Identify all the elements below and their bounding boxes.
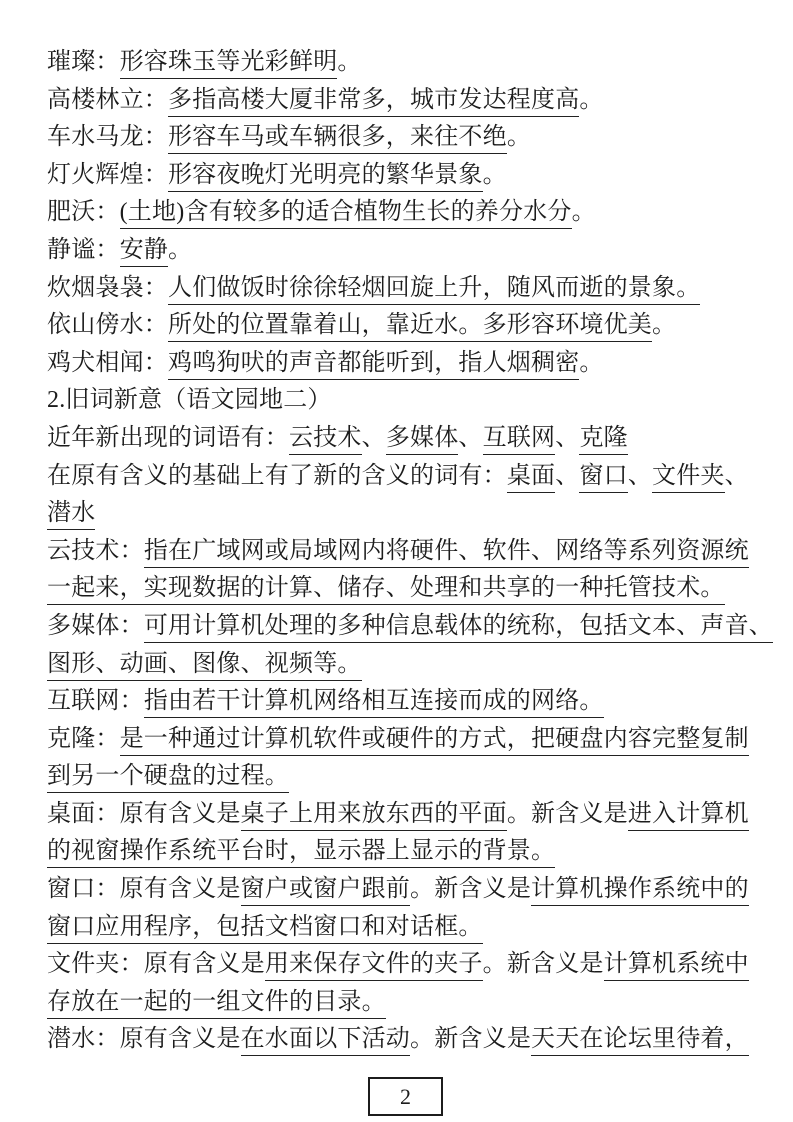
text-line: 灯火辉煌：形容夜晚灯光明亮的繁华景象。: [47, 157, 775, 195]
plain-text: 。: [579, 87, 603, 113]
plain-text: 潜水：原有含义是: [47, 1026, 241, 1052]
plain-text: 桌面：原有含义是: [47, 801, 241, 827]
text-line: 互联网：指由若干计算机网络相互连接而成的网络。: [47, 683, 775, 721]
plain-text: 高楼林立：: [47, 87, 168, 113]
plain-text: 。: [168, 237, 192, 263]
plain-text: 。: [579, 350, 603, 376]
plain-text: 。: [507, 124, 531, 150]
plain-text: 肥沃：: [47, 199, 120, 225]
underlined-text: (土地)含有较多的适合植物生长的养分水分: [120, 199, 572, 229]
plain-text: 互联网：: [47, 688, 144, 714]
underlined-text: 进入计算机: [628, 801, 749, 831]
underlined-text: 指在广域网或局域网内将硬件、软件、网络等系列资源统: [144, 538, 749, 568]
page-number: 2: [400, 1084, 411, 1110]
page-number-box: 2: [368, 1077, 443, 1116]
text-line: 图形、动画、图像、视频等。: [47, 646, 775, 684]
underlined-text: 图形、动画、图像、视频等。: [47, 651, 362, 681]
underlined-text: 计算机操作系统中的: [531, 876, 749, 906]
text-line: 潜水: [47, 495, 775, 533]
plain-text: 近年新出现的词语有：: [47, 425, 289, 451]
underlined-text: 存放在一起的一组文件的目录。: [47, 989, 386, 1019]
underlined-text: 到另一个硬盘的过程。: [47, 763, 289, 793]
text-line: 肥沃：(土地)含有较多的适合植物生长的养分水分。: [47, 194, 775, 232]
text-line: 潜水：原有含义是在水面以下活动。新含义是天天在论坛里待着，: [47, 1021, 775, 1059]
underlined-text: 人们做饭时徐徐轻烟回旋上升，随风而逝的景象。: [168, 275, 700, 305]
plain-text: 、: [555, 425, 579, 451]
plain-text: 、: [555, 463, 579, 489]
underlined-text: 计算机系统中: [604, 951, 749, 981]
text-line: 存放在一起的一组文件的目录。: [47, 984, 775, 1022]
document-text: 璀璨：形容珠玉等光彩鲜明。高楼林立：多指高楼大厦非常多，城市发达程度高。车水马龙…: [47, 44, 775, 1059]
underlined-text: 桌子上用来放东西的平面: [241, 801, 507, 831]
plain-text: 。: [572, 199, 596, 225]
underlined-text: 天天在论坛里待着，: [531, 1026, 749, 1056]
plain-text: 炊烟袅袅：: [47, 275, 168, 301]
text-line: 一起来，实现数据的计算、储存、处理和共享的一种托管技术。: [47, 570, 775, 608]
text-line: 窗口应用程序，包括文档窗口和对话框。: [47, 909, 775, 947]
text-line: 文件夹：原有含义是用来保存文件的夹子。新含义是计算机系统中: [47, 946, 775, 984]
text-line: 在原有含义的基础上有了新的含义的词有：桌面、窗口、文件夹、: [47, 458, 775, 496]
plain-text: 。: [337, 49, 361, 75]
underlined-text: 多媒体: [386, 425, 459, 455]
plain-text: 。新含义是: [507, 801, 628, 827]
underlined-text: 互联网: [483, 425, 556, 455]
plain-text: 2.旧词新意（语文园地二）: [47, 387, 332, 413]
plain-text: 静谧：: [47, 237, 120, 263]
underlined-text: 形容车马或车辆很多，来往不绝: [168, 124, 507, 154]
plain-text: 鸡犬相闻：: [47, 350, 168, 376]
underlined-text: 克隆: [579, 425, 627, 455]
section-heading: 2.旧词新意（语文园地二）: [47, 382, 775, 420]
underlined-text: 鸡鸣狗吠的声音都能听到，指人烟稠密: [168, 350, 579, 380]
text-line: 车水马龙：形容车马或车辆很多，来往不绝。: [47, 119, 775, 157]
underlined-text: 窗户或窗户跟前: [241, 876, 410, 906]
plain-text: 在原有含义的基础上有了新的含义的词有：: [47, 463, 507, 489]
underlined-text: 窗口应用程序，包括文档窗口和对话框。: [47, 914, 483, 944]
underlined-text: 窗口: [579, 463, 627, 493]
text-line: 的视窗操作系统平台时，显示器上显示的背景。: [47, 833, 775, 871]
text-line: 多媒体：可用计算机处理的多种信息载体的统称，包括文本、声音、: [47, 608, 775, 646]
text-line: 璀璨：形容珠玉等光彩鲜明。: [47, 44, 775, 82]
text-line: 依山傍水：所处的位置靠着山，靠近水。多形容环境优美。: [47, 307, 775, 345]
plain-text: 。新含义是: [483, 951, 604, 977]
text-line: 克隆：是一种通过计算机软件或硬件的方式，把硬盘内容完整复制: [47, 721, 775, 759]
plain-text: 灯火辉煌：: [47, 162, 168, 188]
underlined-text: 在水面以下活动: [241, 1026, 410, 1056]
underlined-text: 文件夹: [652, 463, 725, 493]
plain-text: 。: [652, 312, 676, 338]
plain-text: 克隆：: [47, 726, 120, 752]
plain-text: 窗口：原有含义是: [47, 876, 241, 902]
text-line: 近年新出现的词语有：云技术、多媒体、互联网、克隆: [47, 420, 775, 458]
underlined-text: 一起来，实现数据的计算、储存、处理和共享的一种托管技术。: [47, 575, 725, 605]
text-line: 云技术：指在广域网或局域网内将硬件、软件、网络等系列资源统: [47, 533, 775, 571]
underlined-text: 是一种通过计算机软件或硬件的方式，把硬盘内容完整复制: [120, 726, 749, 756]
plain-text: 、: [458, 425, 482, 451]
plain-text: 。新含义是: [410, 876, 531, 902]
plain-text: 依山傍水：: [47, 312, 168, 338]
underlined-text: 所处的位置靠着山，靠近水。多形容环境优美: [168, 312, 652, 342]
underlined-text: 桌面: [507, 463, 555, 493]
plain-text: 。新含义是: [410, 1026, 531, 1052]
underlined-text: 可用计算机处理的多种信息载体的统称，包括文本、声音、: [144, 613, 773, 643]
underlined-text: 安静: [120, 237, 168, 267]
text-line: 到另一个硬盘的过程。: [47, 758, 775, 796]
plain-text: 、: [628, 463, 652, 489]
plain-text: 、: [362, 425, 386, 451]
underlined-text: 指由若干计算机网络相互连接而成的网络。: [144, 688, 604, 718]
text-line: 窗口：原有含义是窗户或窗户跟前。新含义是计算机操作系统中的: [47, 871, 775, 909]
plain-text: 、: [725, 463, 749, 489]
plain-text: 多媒体：: [47, 613, 144, 639]
plain-text: 文件夹：原有含义是: [47, 951, 265, 977]
plain-text: 璀璨：: [47, 49, 120, 75]
underlined-text: 形容夜晚灯光明亮的繁华景象: [168, 162, 483, 192]
text-line: 静谧：安静。: [47, 232, 775, 270]
document-page: 璀璨：形容珠玉等光彩鲜明。高楼林立：多指高楼大厦非常多，城市发达程度高。车水马龙…: [0, 0, 793, 1122]
plain-text: 云技术：: [47, 538, 144, 564]
underlined-text: 形容珠玉等光彩鲜明: [120, 49, 338, 79]
text-line: 鸡犬相闻：鸡鸣狗吠的声音都能听到，指人烟稠密。: [47, 345, 775, 383]
text-line: 桌面：原有含义是桌子上用来放东西的平面。新含义是进入计算机: [47, 796, 775, 834]
underlined-text: 云技术: [289, 425, 362, 455]
underlined-text: 多指高楼大厦非常多，城市发达程度高: [168, 87, 579, 117]
underlined-text: 用来保存文件的夹子: [265, 951, 483, 981]
plain-text: 。: [483, 162, 507, 188]
underlined-text: 的视窗操作系统平台时，显示器上显示的背景。: [47, 838, 555, 868]
plain-text: 车水马龙：: [47, 124, 168, 150]
underlined-text: 潜水: [47, 500, 95, 530]
text-line: 炊烟袅袅：人们做饭时徐徐轻烟回旋上升，随风而逝的景象。: [47, 270, 775, 308]
text-line: 高楼林立：多指高楼大厦非常多，城市发达程度高。: [47, 82, 775, 120]
